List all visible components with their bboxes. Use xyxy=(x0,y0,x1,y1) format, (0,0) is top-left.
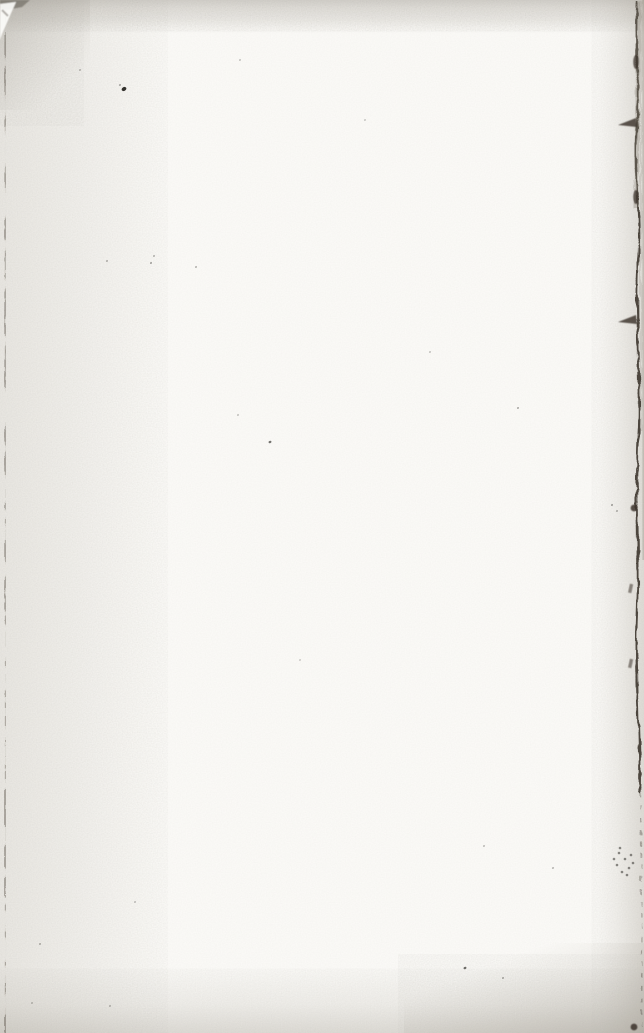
scanned-page xyxy=(0,0,644,1033)
ink-speck xyxy=(483,845,486,847)
ink-speck xyxy=(552,867,555,869)
left-edge-shadow xyxy=(0,0,170,1033)
bottom-right-corner-shade xyxy=(404,943,644,1033)
ink-speck xyxy=(364,119,367,121)
ink-speck xyxy=(299,659,302,661)
right-edge-shadow xyxy=(598,0,644,1033)
ink-speck xyxy=(268,440,272,443)
ink-speck xyxy=(239,59,242,61)
ink-speck xyxy=(517,407,520,409)
top-left-corner-shade xyxy=(0,0,90,110)
ink-speck xyxy=(237,414,240,416)
ink-speck xyxy=(195,266,198,268)
ink-speck xyxy=(429,351,432,353)
